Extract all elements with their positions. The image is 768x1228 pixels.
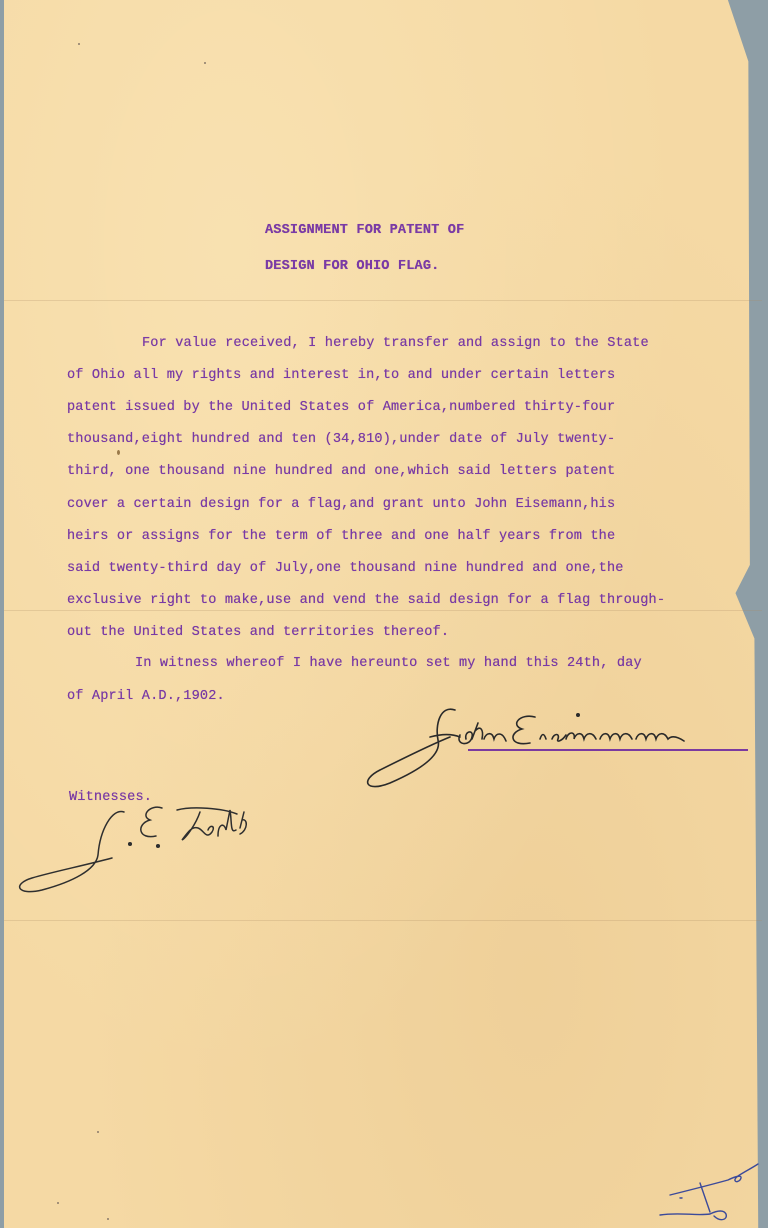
paper-speck [107, 1218, 109, 1220]
paper-speck [78, 43, 80, 45]
body-line: third, one thousand nine hundred and one… [67, 464, 615, 479]
body-line: cover a certain design for a flag,and gr… [67, 497, 615, 512]
document-title-line-2: DESIGN FOR OHIO FLAG. [265, 259, 439, 274]
body-line: For value received, I hereby transfer an… [142, 336, 649, 351]
body-line: out the United States and territories th… [67, 625, 449, 640]
corner-initials-mark: initials (illegible) [640, 1150, 765, 1228]
body-line: heirs or assigns for the term of three a… [67, 529, 615, 544]
fold-line [4, 300, 762, 301]
paper-speck [57, 1202, 59, 1204]
paper-speck [204, 62, 206, 64]
fold-line [4, 920, 762, 921]
document-title-line-1: ASSIGNMENT FOR PATENT OF [265, 223, 464, 238]
document-paper [4, 0, 762, 1228]
witness-clause-line: In witness whereof I have hereunto set m… [135, 656, 642, 671]
body-line: thousand,eight hundred and ten (34,810),… [67, 432, 615, 447]
body-line: of Ohio all my rights and interest in,to… [67, 368, 615, 383]
signature-john-eisemann: John Eisemann [360, 695, 760, 795]
signature-witness-todd: J. E. Todd [12, 800, 272, 900]
witness-clause-line: of April A.D.,1902. [67, 689, 225, 704]
body-line: said twenty-third day of July,one thousa… [67, 561, 624, 576]
paper-speck [117, 450, 120, 455]
paper-speck [97, 1131, 99, 1133]
body-line: patent issued by the United States of Am… [67, 400, 615, 415]
body-line: exclusive right to make,use and vend the… [67, 593, 665, 608]
fold-line [4, 610, 762, 611]
